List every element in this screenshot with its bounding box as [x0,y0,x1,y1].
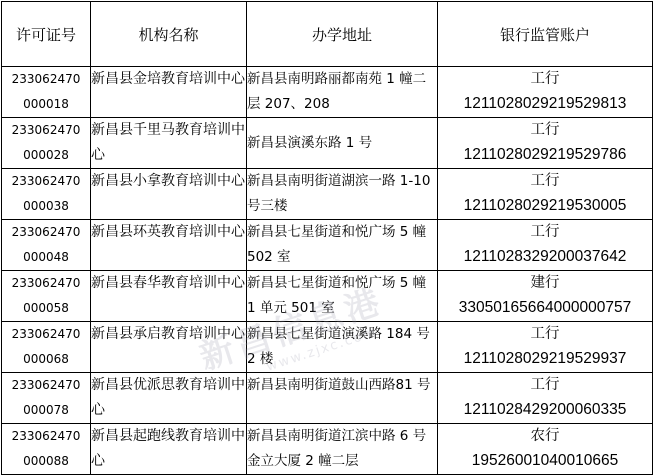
bank-name: 工行 [438,322,652,347]
institution-name-cell: 新昌县起跑线教育培训中心 [91,424,247,475]
table-row: 233062470000068 新昌县承启教育培训中心 新昌县七星街道演溪路 1… [2,322,653,373]
license-number-cell: 233062470000078 [2,373,91,424]
bank-name: 工行 [438,373,652,398]
bank-account-cell: 工行1211028429200060335 [438,373,653,424]
account-number: 1211028029219529937 [438,347,652,371]
address-cell: 新昌县南明街道湖滨一路 1-10 号三楼 [247,169,438,220]
license-number-part: 000048 [2,245,90,270]
license-number-cell: 233062470000068 [2,322,91,373]
institution-name-cell: 新昌县优派思教育培训中心 [91,373,247,424]
bank-name: 工行 [438,118,652,143]
table-row: 233062470000088 新昌县起跑线教育培训中心 新昌县南明街道江滨中路… [2,424,653,475]
header-address: 办学地址 [247,2,438,67]
account-number: 1211028029219529813 [438,92,652,116]
license-number-cell: 233062470000058 [2,271,91,322]
account-number: 19526001040010665 [438,449,652,473]
header-bank-account: 银行监管账户 [438,2,653,67]
license-number-cell: 233062470000028 [2,118,91,169]
address-cell: 新昌县南明街道鼓山西路81 号 [247,373,438,424]
license-number-cell: 233062470000048 [2,220,91,271]
bank-account-cell: 工行1211028029219529937 [438,322,653,373]
institution-name-cell: 新昌县千里马教育培训中心 [91,118,247,169]
bank-account-cell: 工行1211028029219529786 [438,118,653,169]
institution-name-cell: 新昌县春华教育培训中心 [91,271,247,322]
address-cell: 新昌县演溪东路 1 号 [247,118,438,169]
table-row: 233062470000058 新昌县春华教育培训中心 新昌县七星街道和悦广场 … [2,271,653,322]
institution-name-cell: 新昌县小拿教育培训中心 [91,169,247,220]
license-number-part: 000078 [2,398,90,423]
license-number-part: 233062470 [2,67,90,92]
license-number-part: 233062470 [2,118,90,143]
table-row: 233062470000078 新昌县优派思教育培训中心 新昌县南明街道鼓山西路… [2,373,653,424]
bank-name: 工行 [438,67,652,92]
bank-account-cell: 工行1211028329200037642 [438,220,653,271]
license-number-cell: 233062470000038 [2,169,91,220]
license-number-part: 000038 [2,194,90,219]
license-number-part: 233062470 [2,322,90,347]
account-number: 1211028329200037642 [438,245,652,269]
bank-name: 工行 [438,220,652,245]
license-number-part: 233062470 [2,169,90,194]
institution-name-cell: 新昌县承启教育培训中心 [91,322,247,373]
license-number-part: 233062470 [2,373,90,398]
bank-name: 建行 [438,271,652,296]
table-row: 233062470000018 新昌县金培教育培训中心 新昌县南明路丽都南苑 1… [2,67,653,118]
license-number-part: 233062470 [2,220,90,245]
training-institutions-table: 许可证号 机构名称 办学地址 银行监管账户 233062470000018 新昌… [1,1,653,475]
account-number: 1211028029219530005 [438,194,652,218]
header-row: 许可证号 机构名称 办学地址 银行监管账户 [2,2,653,67]
institution-name-cell: 新昌县环英教育培训中心 [91,220,247,271]
account-number: 1211028029219529786 [438,143,652,167]
bank-account-cell: 工行1211028029219529813 [438,67,653,118]
address-cell: 新昌县南明路丽都南苑 1 幢二层 207、208 [247,67,438,118]
account-number: 1211028429200060335 [438,398,652,422]
address-cell: 新昌县七星街道演溪路 184 号 2 楼 [247,322,438,373]
bank-name: 农行 [438,424,652,449]
table-row: 233062470000028 新昌县千里马教育培训中心 新昌县演溪东路 1 号… [2,118,653,169]
license-number-part: 000028 [2,143,90,168]
table-row: 233062470000038 新昌县小拿教育培训中心 新昌县南明街道湖滨一路 … [2,169,653,220]
license-number-cell: 233062470000088 [2,424,91,475]
header-license-number: 许可证号 [2,2,91,67]
institution-name-cell: 新昌县金培教育培训中心 [91,67,247,118]
license-number-part: 000088 [2,449,90,474]
license-number-part: 000018 [2,92,90,117]
bank-account-cell: 工行1211028029219530005 [438,169,653,220]
address-cell: 新昌县七星街道和悦广场 5 幢 502 室 [247,220,438,271]
address-cell: 新昌县南明街道江滨中路 6 号金立大厦 2 幢二层 [247,424,438,475]
account-number: 33050165664000000757 [438,296,652,320]
license-number-cell: 233062470000018 [2,67,91,118]
bank-account-cell: 农行19526001040010665 [438,424,653,475]
bank-account-cell: 建行33050165664000000757 [438,271,653,322]
bank-name: 工行 [438,169,652,194]
address-cell: 新昌县七星街道和悦广场 5 幢 1 单元 501 室 [247,271,438,322]
table-row: 233062470000048 新昌县环英教育培训中心 新昌县七星街道和悦广场 … [2,220,653,271]
license-number-part: 000068 [2,347,90,372]
license-number-part: 233062470 [2,271,90,296]
license-number-part: 233062470 [2,424,90,449]
header-institution-name: 机构名称 [91,2,247,67]
license-number-part: 000058 [2,296,90,321]
